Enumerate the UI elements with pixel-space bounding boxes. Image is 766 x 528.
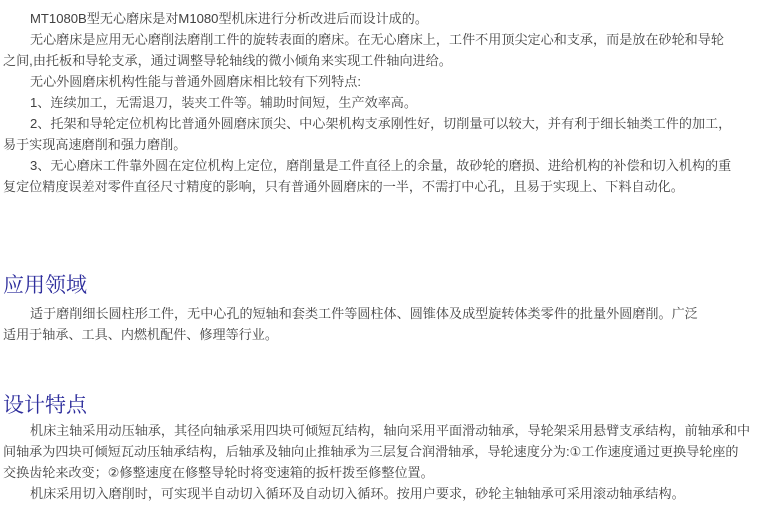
text-line: 3、无心磨床工件靠外圆在定位机构上定位，磨削量是工件直径上的余量，故砂轮的磨损、… [3, 155, 764, 176]
design-heading: 设计特点 [3, 393, 764, 419]
text-line: 无心外圆磨床机构性能与普通外圆磨床相比较有下列特点: [3, 71, 764, 92]
application-section: 应用领域 适于磨削细长圆柱形工件，无中心孔的短轴和套类工件等圆柱体、圆锥体及成型… [3, 273, 764, 345]
application-heading: 应用领域 [3, 273, 764, 299]
text-line: 间轴承为四块可倾短瓦动压轴承结构，后轴承及轴向止推轴承为三层复合润滑轴承，导轮速… [3, 441, 764, 462]
intro-paragraphs: MT1080B型无心磨床是对M1080型机床进行分析改进后而设计成的。无心磨床是… [3, 8, 764, 197]
text-line: 机床采用切入磨削时，可实现半自动切入循环及自动切入循环。按用户要求，砂轮主轴轴承… [3, 483, 764, 504]
intro-section: MT1080B型无心磨床是对M1080型机床进行分析改进后而设计成的。无心磨床是… [3, 8, 764, 197]
text-line: 2、托架和导轮定位机构比普通外圆磨床顶尖、中心架机构支承刚性好，切削量可以较大，… [3, 113, 764, 134]
text-line: 机床主轴采用动压轴承，其径向轴承采用四块可倾短瓦结构，轴向采用平面滑动轴承，导轮… [3, 420, 764, 441]
text-line: 1、连续加工，无需退刀，装夹工件等。辅助时间短，生产效率高。 [3, 92, 764, 113]
text-line: 交换齿轮来改变；②修整速度在修整导轮时将变速箱的扳杆拨至修整位置。 [3, 462, 764, 483]
text-line: 易于实现高速磨削和强力磨削。 [3, 134, 764, 155]
text-line: 适用于轴承、工具、内燃机配件、修理等行业。 [3, 324, 764, 345]
application-paragraphs: 适于磨削细长圆柱形工件，无中心孔的短轴和套类工件等圆柱体、圆锥体及成型旋转体类零… [3, 303, 764, 345]
document: MT1080B型无心磨床是对M1080型机床进行分析改进后而设计成的。无心磨床是… [0, 0, 766, 504]
text-line: MT1080B型无心磨床是对M1080型机床进行分析改进后而设计成的。 [3, 8, 764, 29]
design-section: 设计特点 机床主轴采用动压轴承，其径向轴承采用四块可倾短瓦结构，轴向采用平面滑动… [3, 393, 764, 504]
design-paragraphs: 机床主轴采用动压轴承，其径向轴承采用四块可倾短瓦结构，轴向采用平面滑动轴承，导轮… [3, 420, 764, 504]
text-line: 适于磨削细长圆柱形工件，无中心孔的短轴和套类工件等圆柱体、圆锥体及成型旋转体类零… [3, 303, 764, 324]
text-line: 复定位精度误差对零件直径尺寸精度的影响，只有普通外圆磨床的一半，不需打中心孔，且… [3, 176, 764, 197]
text-line: 无心磨床是应用无心磨削法磨削工件的旋转表面的磨床。在无心磨床上，工件不用顶尖定心… [3, 29, 764, 50]
text-line: 之间,由托板和导轮支承，通过调整导轮轴线的微小倾角来实现工件轴向进给。 [3, 50, 764, 71]
